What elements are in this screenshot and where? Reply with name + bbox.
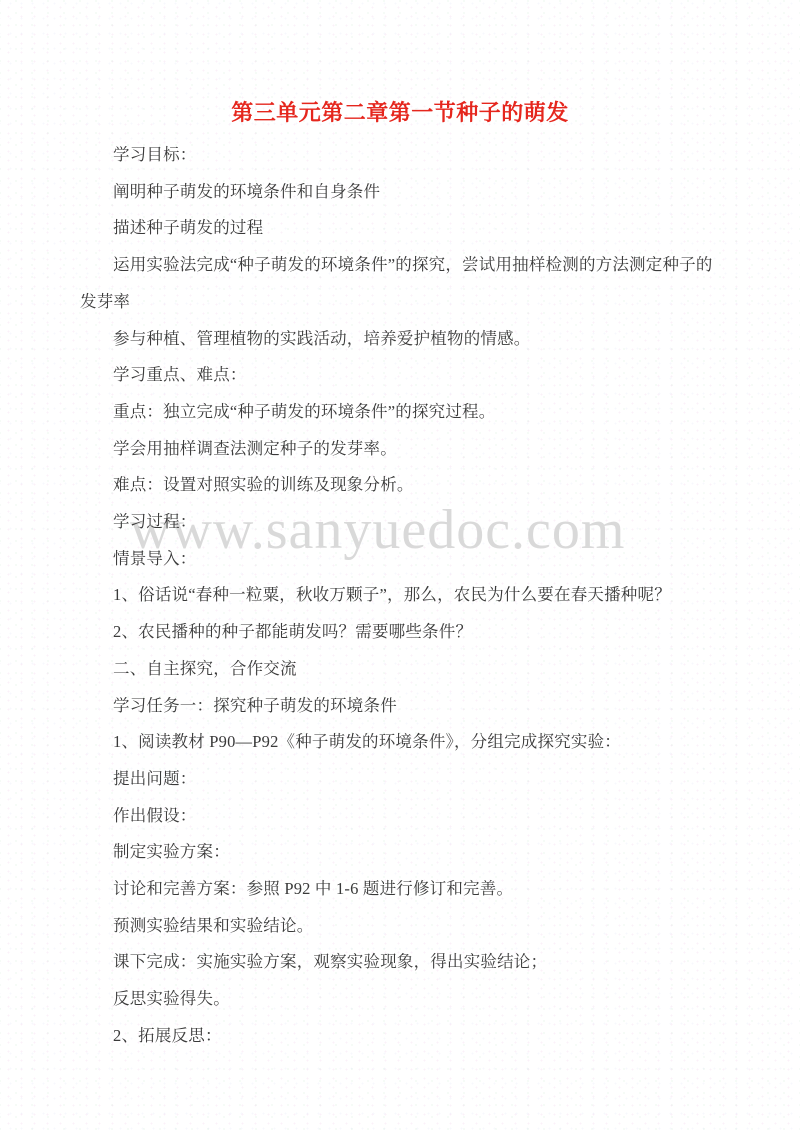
paragraph-line: 制定实验方案： <box>80 834 722 871</box>
paragraph-line: 1、俗话说“春种一粒粟，秋收万颗子”，那么，农民为什么要在春天播种呢？ <box>80 577 722 614</box>
paragraph-line: 学习目标： <box>80 137 722 174</box>
paragraph-line: 反思实验得失。 <box>80 981 722 1018</box>
paragraph-line: 2、拓展反思： <box>80 1018 722 1055</box>
document-body: 学习目标：阐明种子萌发的环境条件和自身条件描述种子萌发的过程运用实验法完成“种子… <box>0 128 800 1055</box>
paragraph-line: 描述种子萌发的过程 <box>80 210 722 247</box>
paragraph-line: 运用实验法完成“种子萌发的环境条件”的探究，尝试用抽样检测的方法测定种子的 <box>80 247 722 284</box>
paragraph-line: 1、阅读教材 P90—P92《种子萌发的环境条件》，分组完成探究实验： <box>80 724 722 761</box>
paragraph-line: 难点：设置对照实验的训练及现象分析。 <box>80 467 722 504</box>
paragraph-line: 2、农民播种的种子都能萌发吗？需要哪些条件？ <box>80 614 722 651</box>
paragraph-line: 讨论和完善方案：参照 P92 中 1-6 题进行修订和完善。 <box>80 871 722 908</box>
paragraph-line: 学习过程： <box>80 504 722 541</box>
paragraph-line: 阐明种子萌发的环境条件和自身条件 <box>80 174 722 211</box>
paragraph-line: 预测实验结果和实验结论。 <box>80 908 722 945</box>
page-title: 第三单元第二章第一节种子的萌发 <box>0 0 800 128</box>
paragraph-line: 参与种植、管理植物的实践活动，培养爱护植物的情感。 <box>80 321 722 358</box>
paragraph-line: 情景导入： <box>80 541 722 578</box>
paragraph-line: 二、自主探究，合作交流 <box>80 651 722 688</box>
paragraph-line: 发芽率 <box>80 284 722 321</box>
paragraph-line: 重点：独立完成“种子萌发的环境条件”的探究过程。 <box>80 394 722 431</box>
paragraph-line: 作出假设： <box>80 798 722 835</box>
paragraph-line: 学习任务一：探究种子萌发的环境条件 <box>80 688 722 725</box>
paragraph-line: 学习重点、难点： <box>80 357 722 394</box>
paragraph-line: 学会用抽样调查法测定种子的发芽率。 <box>80 431 722 468</box>
paragraph-line: 提出问题： <box>80 761 722 798</box>
paragraph-line: 课下完成：实施实验方案，观察实验现象，得出实验结论； <box>80 944 722 981</box>
document-page: www.sanyuedoc.com 第三单元第二章第一节种子的萌发 学习目标：阐… <box>0 0 800 1130</box>
